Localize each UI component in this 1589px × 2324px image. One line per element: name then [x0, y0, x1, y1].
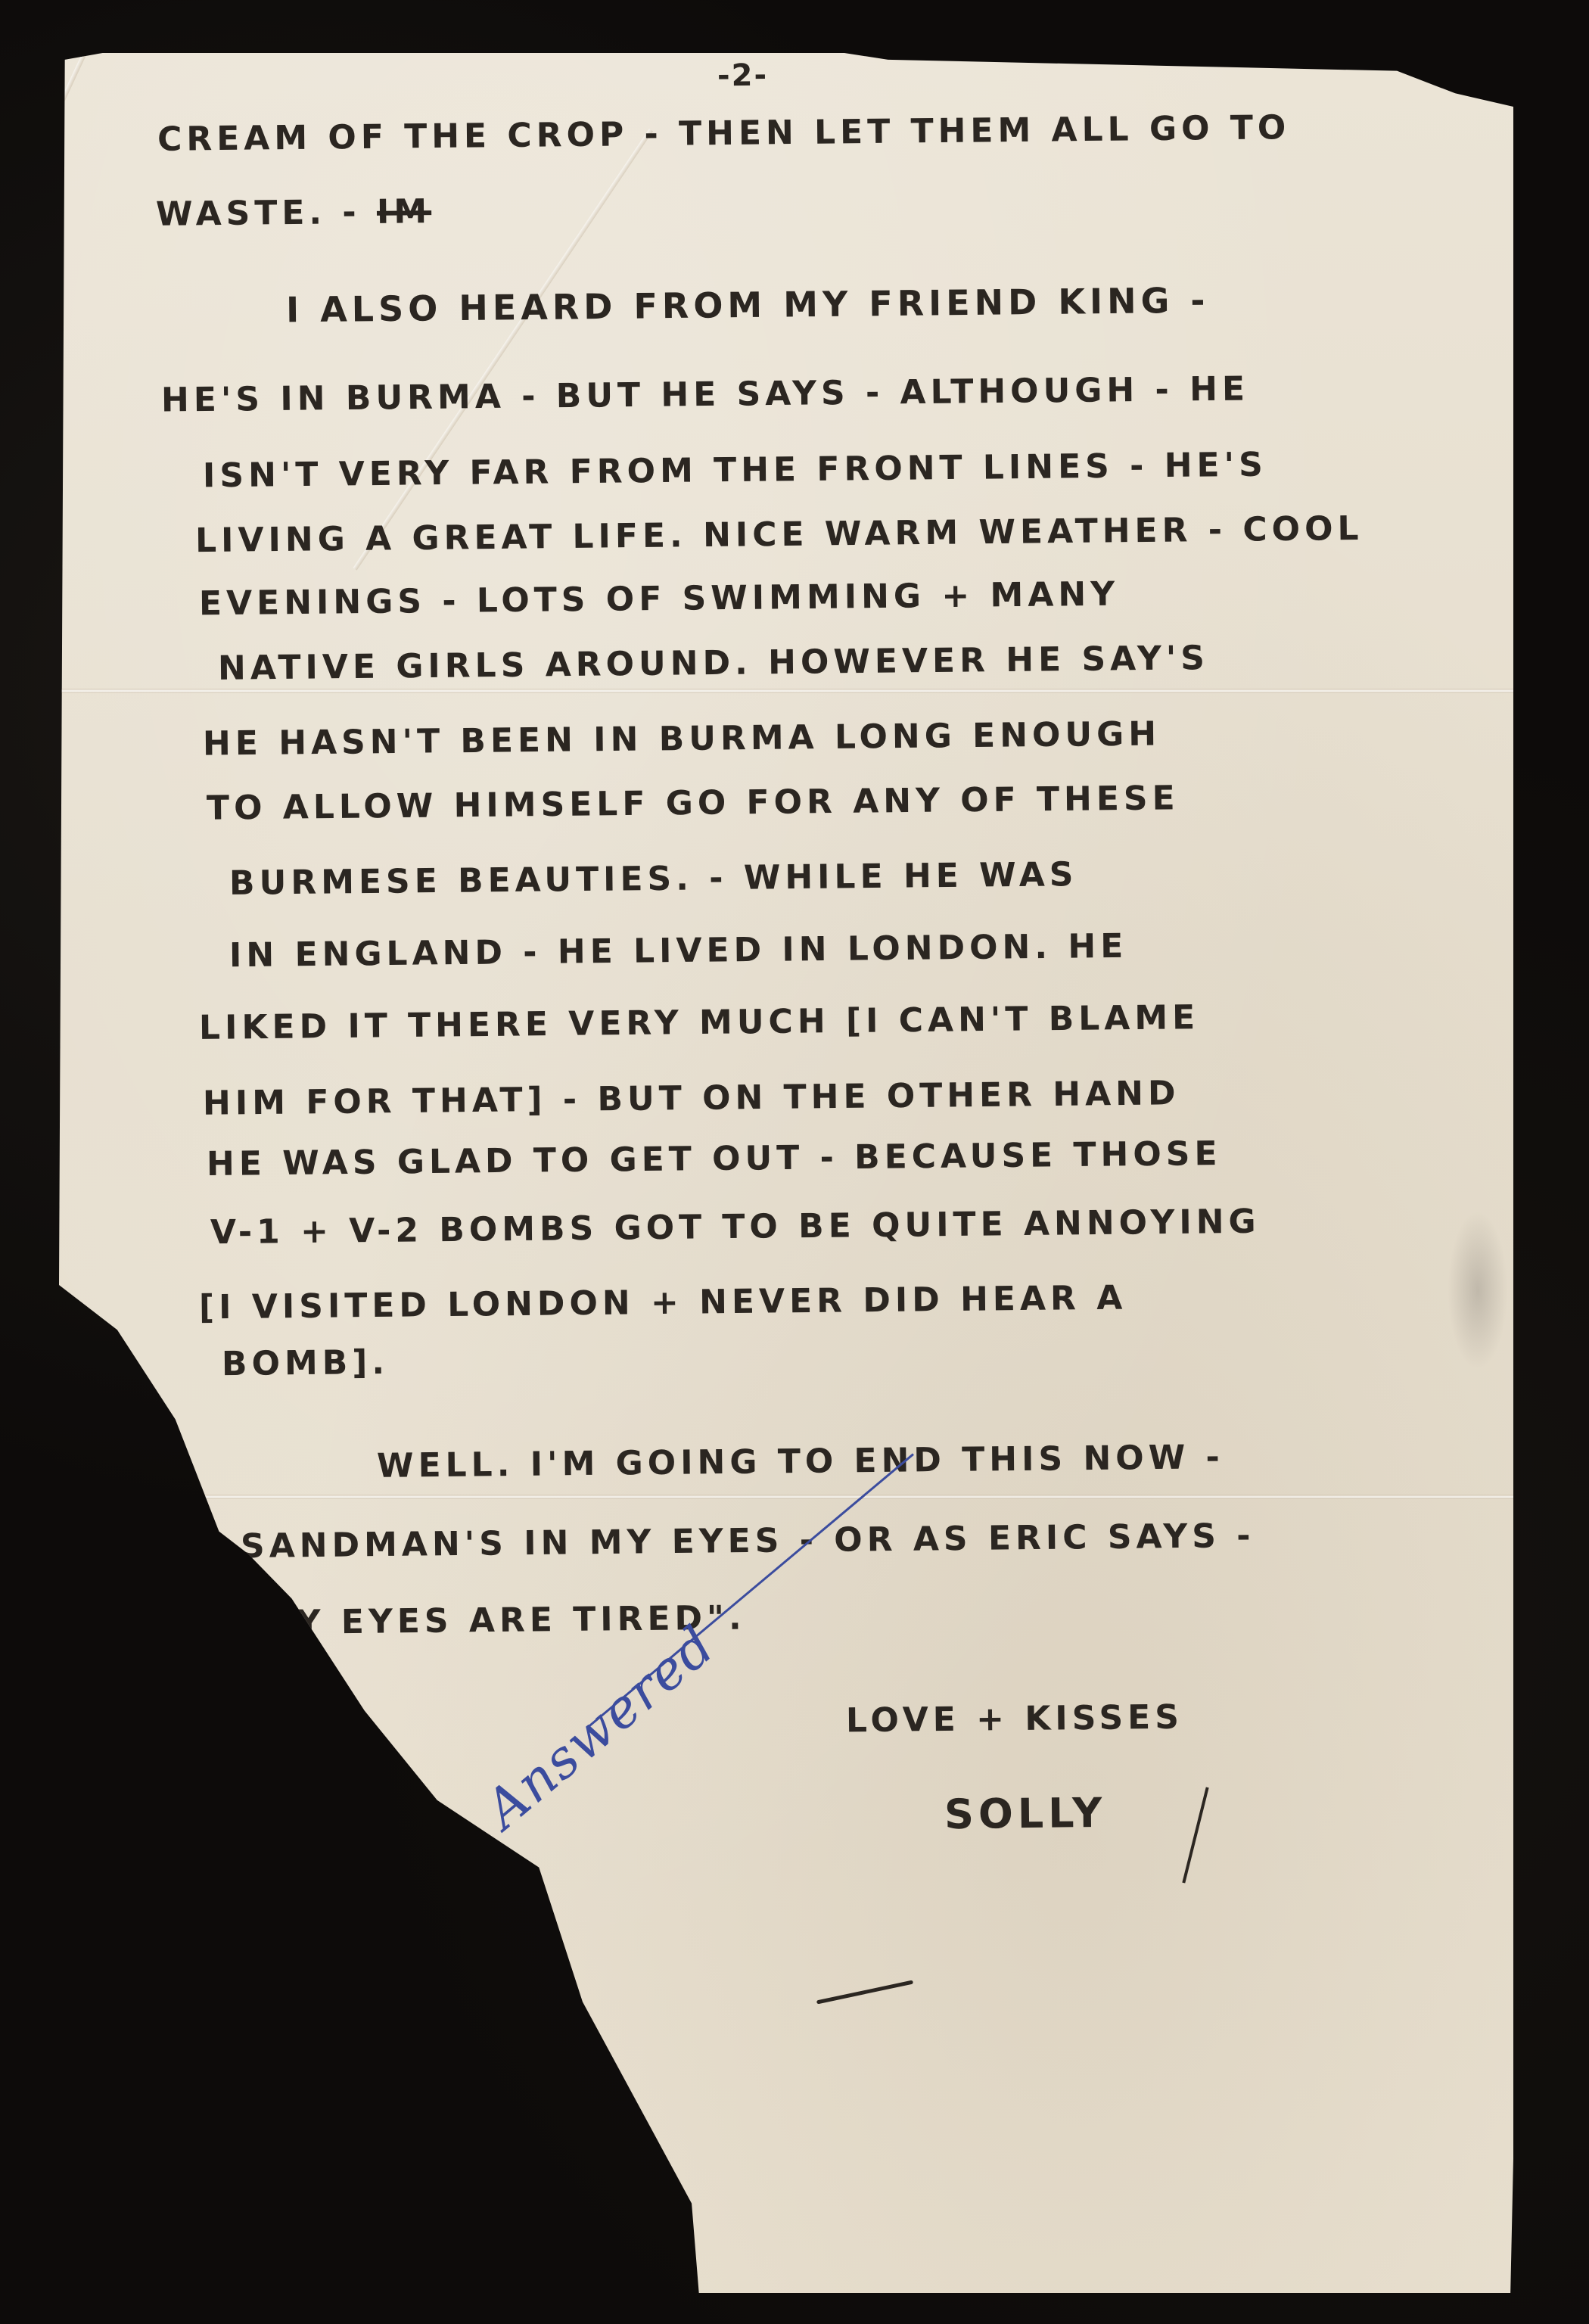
- letter-line: HIM FOR THAT] - BUT ON THE OTHER HAND: [203, 1077, 1180, 1121]
- letter-line-text: WASTE. -: [156, 193, 361, 234]
- letter-closing: LOVE + KISSES: [846, 1701, 1183, 1738]
- letter-line: IN ENGLAND - HE LIVED IN LONDON. HE: [229, 930, 1128, 972]
- letter-line: NATIVE GIRLS AROUND. HOWEVER HE SAY'S: [218, 642, 1209, 686]
- letter-line: BOMB].: [222, 1346, 390, 1381]
- letter-line: WELL. I'M GOING TO END THIS NOW -: [377, 1441, 1224, 1483]
- letter-line: BURMESE BEAUTIES. - WHILE HE WAS: [229, 858, 1078, 901]
- letter-line: LIKED IT THERE VERY MUCH [I CAN'T BLAME: [199, 1001, 1200, 1045]
- letter-line: ISN'T VERY FAR FROM THE FRONT LINES - HE…: [203, 449, 1267, 493]
- page-number: -2-: [717, 61, 768, 92]
- stray-ink-mark: [816, 1980, 913, 2005]
- signature: SOLLY: [944, 1793, 1107, 1835]
- letter-line: WASTE. - Im: [156, 195, 432, 232]
- letter-line: CREAM OF THE CROP - THEN LET THEM ALL GO…: [157, 111, 1291, 157]
- letter-line: I ALSO HEARD FROM MY FRIEND KING -: [286, 283, 1210, 328]
- letter-line: HE'S IN BURMA - BUT HE SAYS - ALTHOUGH -…: [161, 372, 1249, 417]
- letter-line: V-1 + V-2 BOMBS GOT TO BE QUITE ANNOYING: [210, 1206, 1261, 1250]
- letter-line: HE HASN'T BEEN IN BURMA LONG ENOUGH: [203, 717, 1161, 761]
- fold-crease: [59, 689, 1513, 693]
- letter-line: HE WAS GLAD TO GET OUT - BECAUSE THOSE: [207, 1137, 1222, 1181]
- letter-line: EVENINGS - LOTS OF SWIMMING + MANY: [199, 578, 1119, 621]
- letter-line: LIVING A GREAT LIFE. NICE WARM WEATHER -…: [195, 512, 1364, 558]
- ink-smudge: [1448, 1211, 1508, 1370]
- signature-stroke: [1182, 1787, 1208, 1883]
- letter-line: [I VISITED LONDON + NEVER DID HEAR A: [199, 1282, 1127, 1325]
- fold-crease: [59, 1495, 1513, 1499]
- letter-line: SANDMAN'S IN MY EYES - OR AS ERIC SAYS -: [241, 1520, 1255, 1563]
- struck-word: Im: [377, 192, 432, 232]
- letter-line: TO ALLOW HIMSELF GO FOR ANY OF THESE: [207, 782, 1180, 825]
- answered-annotation: Answered: [473, 1613, 726, 1840]
